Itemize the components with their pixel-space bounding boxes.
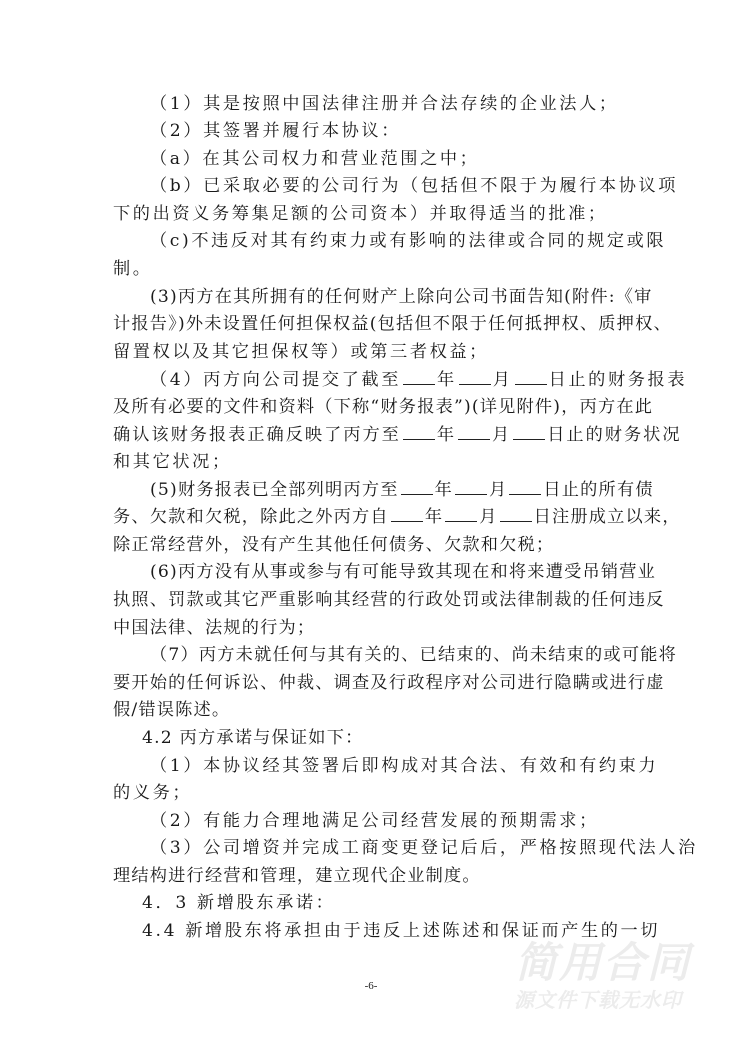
text-line: 除正常经营外，没有产生其他任何债务、欠款和欠税； bbox=[113, 534, 653, 556]
text-segment: 年 bbox=[437, 425, 456, 445]
text-segment: 年 bbox=[425, 507, 443, 527]
blank-day bbox=[500, 506, 532, 522]
text-segment: 日止的财务状况 bbox=[547, 425, 681, 445]
blank-year bbox=[403, 369, 435, 385]
text-line: (6)丙方没有从事或参与有可能导致其现在和将来遭受吊销营业 bbox=[150, 561, 653, 583]
page-number: -6- bbox=[0, 980, 742, 992]
clause-5-line-2: 务、欠款和欠税，除此之外丙方自年月日注册成立以来， bbox=[113, 506, 653, 528]
text-line: 及所有必要的文件和资料（下称“财务报表”)(详见附件)，丙方在此 bbox=[113, 396, 653, 418]
text-line: 和其它状况； bbox=[113, 451, 653, 473]
document-page: （1）其是按照中国法律注册并合法存续的企业法人； （2）其签署并履行本协议： （… bbox=[0, 0, 742, 1049]
blank-month bbox=[459, 369, 491, 385]
clause-4-line-3: 确认该财务报表正确反映了丙方至年月日止的财务状况 bbox=[113, 424, 653, 446]
text-line: 要开始的任何诉讼、仲裁、调查及行政程序对公司进行隐瞒或进行虚 bbox=[113, 672, 653, 694]
blank-year bbox=[403, 424, 435, 440]
text-line: （3）公司增资并完成工商变更登记后后，严格按照现代法人治 bbox=[150, 837, 653, 859]
blank-year bbox=[391, 506, 423, 522]
text-segment: 务、欠款和欠税，除此之外丙方自 bbox=[113, 507, 389, 527]
text-line: （1）本协议经其签署后即构成对其合法、有效和有约束力 bbox=[150, 755, 653, 777]
text-line: 留置权以及其它担保权等）或第三者权益； bbox=[113, 341, 653, 363]
text-line: (3)丙方在其所拥有的任何财产上除向公司书面告知(附件:《审 bbox=[150, 286, 653, 308]
text-line: （2）有能力合理地满足公司经营发展的预期需求； bbox=[150, 810, 653, 832]
text-segment: 日止的财务报表 bbox=[549, 370, 688, 390]
text-segment: 月 bbox=[489, 480, 507, 500]
text-line: （a）在其公司权力和营业范围之中； bbox=[150, 148, 653, 170]
blank-year bbox=[401, 479, 433, 495]
text-segment: 年 bbox=[435, 480, 453, 500]
text-line: （1）其是按照中国法律注册并合法存续的企业法人； bbox=[150, 93, 653, 115]
blank-day bbox=[509, 479, 541, 495]
blank-month bbox=[458, 424, 490, 440]
text-line: （7）丙方未就任何与其有关的、已结束的、尚未结束的或可能将 bbox=[150, 644, 653, 666]
blank-day bbox=[513, 424, 545, 440]
text-segment: 年 bbox=[437, 370, 457, 390]
blank-day bbox=[515, 369, 547, 385]
text-segment: (5)财务报表已全部列明丙方至 bbox=[150, 480, 399, 500]
text-segment: 月 bbox=[479, 507, 497, 527]
text-segment: 月 bbox=[492, 425, 511, 445]
clause-4-line-1: （4）丙方向公司提交了截至年月日止的财务报表 bbox=[150, 369, 653, 391]
text-line: （2）其签署并履行本协议： bbox=[150, 120, 653, 142]
text-line: （c)不违反对其有约束力或有影响的法律或合同的规定或限 bbox=[150, 230, 653, 252]
section-heading-4-2: 4.2 丙方承诺与保证如下： bbox=[142, 727, 682, 749]
text-segment: 月 bbox=[493, 370, 513, 390]
text-segment: 确认该财务报表正确反映了丙方至 bbox=[113, 425, 401, 445]
text-line: 中国法律、法规的行为； bbox=[113, 617, 653, 639]
text-segment: （4）丙方向公司提交了截至 bbox=[150, 370, 401, 390]
text-line: 计报告》)外未设置任何担保权益(包括但不限于任何抵押权、质押权、 bbox=[113, 313, 653, 335]
text-segment: 日止的所有债 bbox=[543, 480, 653, 500]
text-segment: 日注册成立以来， bbox=[534, 507, 681, 527]
text-line: 的义务； bbox=[113, 782, 653, 804]
text-line: （b）已采取必要的公司行为（包括但不限于为履行本协议项 bbox=[150, 175, 653, 197]
text-line: 下的出资义务筹集足额的公司资本）并取得适当的批准； bbox=[113, 203, 653, 225]
text-line: 执照、罚款或其它严重影响其经营的行政处罚或法律制裁的任何违反 bbox=[113, 589, 653, 611]
blank-month bbox=[455, 479, 487, 495]
text-line: 理结构进行经营和管理，建立现代企业制度。 bbox=[113, 865, 653, 887]
section-heading-4-3: 4．3 新增股东承诺： bbox=[142, 892, 682, 914]
text-line: 假/错误陈述。 bbox=[113, 699, 653, 721]
text-line: 制。 bbox=[113, 258, 653, 280]
blank-month bbox=[445, 506, 477, 522]
clause-5-line-1: (5)财务报表已全部列明丙方至年月日止的所有债 bbox=[150, 479, 653, 501]
